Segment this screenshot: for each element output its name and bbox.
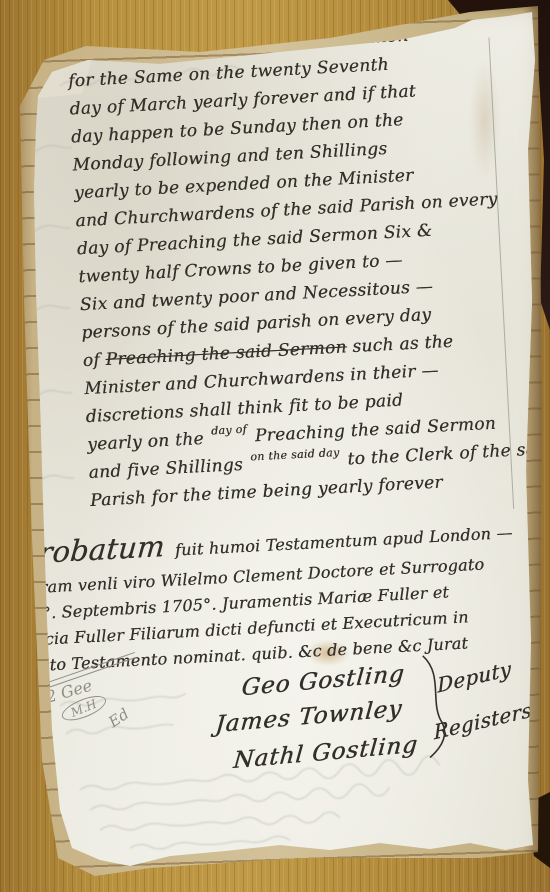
registrar-brace: [417, 651, 453, 762]
line-text: yearly on the: [87, 429, 210, 455]
manuscript-page: time being and he to preach a Sermon for…: [0, 0, 550, 892]
interlinear-insertion: day of: [211, 425, 247, 437]
interlinear-insertion: on the said day: [250, 448, 340, 463]
manuscript-photograph: time being and he to preach a Sermon for…: [0, 0, 550, 892]
margin-flourish: Ed: [105, 705, 132, 731]
line-text: and five Shillings: [88, 455, 249, 483]
line-text: such as the: [346, 332, 454, 358]
will-bequest-text: time being and he to preach a Sermon for…: [66, 16, 550, 515]
ink-writing-layer: time being and he to preach a Sermon for…: [0, 0, 550, 892]
line-text: of: [82, 350, 106, 371]
probate-clause: Probatumfuit humoi Testamentum apud Lond…: [18, 510, 545, 680]
